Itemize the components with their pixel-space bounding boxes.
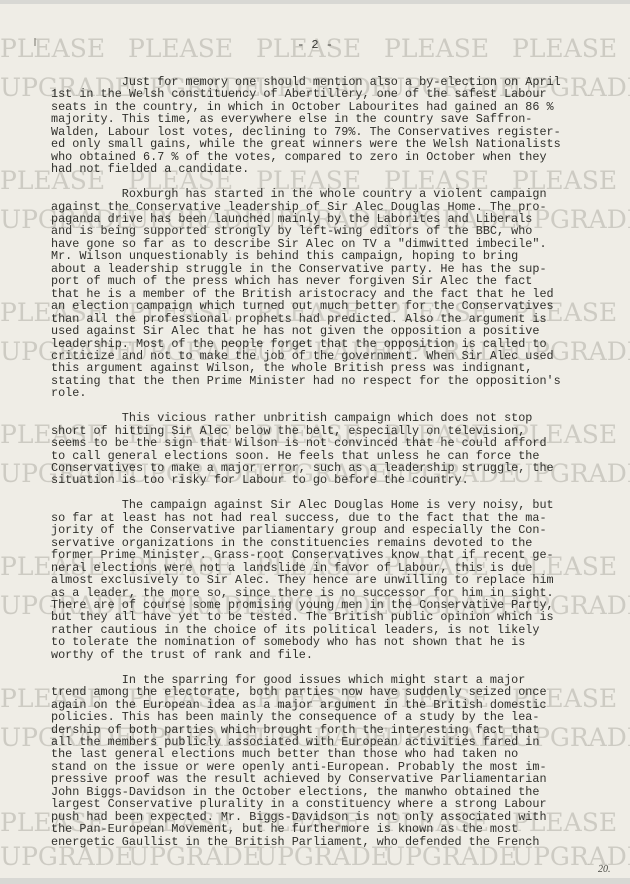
paragraph-roxburgh: Roxburgh has started in the whole countr… — [51, 188, 621, 400]
text-line: pressive proof was the result achieved b… — [51, 773, 621, 785]
document-page: PLEASE PLEASE PLEASE PLEASE PLEASE UPGRA… — [0, 0, 630, 884]
text-line: policies. This has been mainly the conse… — [51, 711, 621, 723]
text-line: to tolerate the nomination of somebody w… — [51, 636, 621, 648]
archive-folio-number: 20. — [598, 864, 611, 875]
text-line: role. — [51, 387, 621, 399]
text-line: worthy of the trust of rank and file. — [51, 649, 621, 661]
text-line: seems to be the sign that Wilson is not … — [51, 437, 621, 449]
page-bottom-edge — [0, 878, 630, 884]
text-line: situation is too risky for Labour to go … — [51, 474, 621, 486]
text-line: ed only small gains, while the great win… — [51, 138, 621, 150]
text-line: The campaign against Sir Alec Douglas Ho… — [51, 499, 621, 511]
text-line: This vicious rather unbritish campaign w… — [51, 412, 621, 424]
page-top-edge — [0, 0, 630, 4]
text-line: largest Conservative plurality in a cons… — [51, 798, 621, 810]
text-line: and is being supported strongly by left-… — [51, 225, 621, 237]
document-body: Just for memory one should mention also … — [51, 76, 621, 860]
text-line: this argument against Wilson, the whole … — [51, 362, 621, 374]
text-line: energetic Gaullist in the British Parlia… — [51, 836, 621, 848]
text-line: port of much of the press which has neve… — [51, 275, 621, 287]
text-line: had not fielded a candidate. — [51, 163, 621, 175]
text-line: used against Sir Alec that he has not gi… — [51, 325, 621, 337]
paragraph-abertillery: Just for memory one should mention also … — [51, 76, 621, 176]
text-line: the last general elections much better t… — [51, 748, 621, 760]
text-line: stating that the then Prime Minister had… — [51, 375, 621, 387]
text-line: jority of the Conservative parliamentary… — [51, 524, 621, 536]
text-line: Roxburgh has started in the whole countr… — [51, 188, 621, 200]
page-number: - 2 - — [0, 38, 630, 52]
text-line: an election campaign which turned out mu… — [51, 300, 621, 312]
paragraph-noisy-campaign: The campaign against Sir Alec Douglas Ho… — [51, 499, 621, 661]
paragraph-vicious-campaign: This vicious rather unbritish campaign w… — [51, 412, 621, 487]
text-line: trend among the electorate, both parties… — [51, 686, 621, 698]
text-line: majority. This time, as everywhere else … — [51, 113, 621, 125]
text-line: the Pan-European Movement, but he furthe… — [51, 823, 621, 835]
text-line: almost exclusively to Sir Alec. They hen… — [51, 574, 621, 586]
text-line: Mr. Wilson unquestionably is behind this… — [51, 250, 621, 262]
text-line: former Prime Minister. Grass-root Conser… — [51, 549, 621, 561]
paragraph-european-idea: In the sparring for good issues which mi… — [51, 674, 621, 848]
